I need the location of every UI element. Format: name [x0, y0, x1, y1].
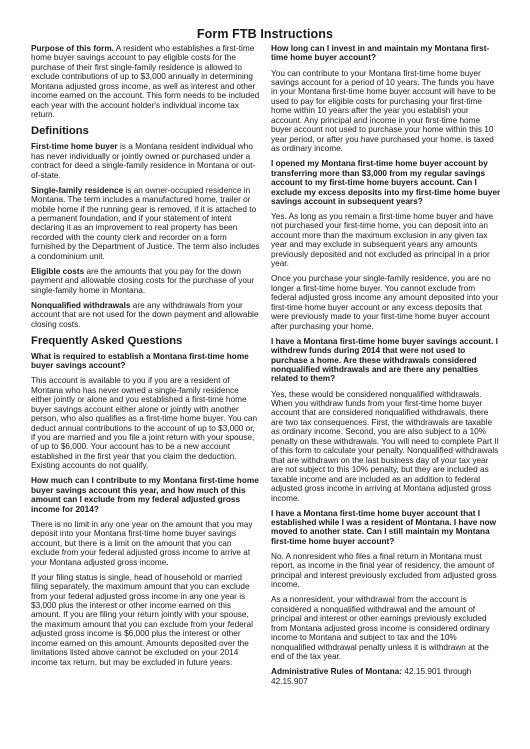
purpose-text: A resident who establishes a first-time … — [31, 44, 259, 119]
definition-eligible-costs: Eligible costs are the amounts that you … — [31, 267, 261, 295]
administrative-rules: Administrative Rules of Montana: 42.15.9… — [271, 667, 501, 686]
page-title: Form FTB Instructions — [0, 27, 530, 41]
right-column: How long can I invest in and maintain my… — [271, 44, 501, 692]
definition-text: is an owner-occupied residence in Montan… — [31, 186, 260, 261]
faq-question: What is required to establish a Montana … — [31, 352, 261, 371]
definitions-heading: Definitions — [31, 125, 261, 138]
faq-question: How much can I contribute to my Montana … — [31, 476, 261, 514]
faq-heading: Frequently Asked Questions — [31, 335, 261, 348]
faq-answer: Yes, these would be considered nonqualif… — [271, 390, 501, 503]
purpose-paragraph: Purpose of this form. A resident who est… — [31, 44, 261, 120]
faq-answer: This account is available to you if you … — [31, 376, 261, 471]
faq-question: How long can I invest in and maintain my… — [271, 44, 501, 63]
faq-question: I have a Montana first-time home buyer s… — [271, 337, 501, 384]
faq-question: I opened my Montana first-time home buye… — [271, 159, 501, 206]
rules-lead: Administrative Rules of Montana: — [271, 667, 402, 676]
faq-answer: Once you purchase your single-family res… — [271, 274, 501, 331]
faq-answer: There is no limit in any one year on the… — [31, 520, 261, 567]
faq-answer: If your filing status is single, head of… — [31, 573, 261, 668]
definition-first-time-home-buyer: First-time home buyer is a Montana resid… — [31, 142, 261, 180]
definition-term: Eligible costs — [31, 267, 84, 276]
definition-term: Nonqualified withdrawals — [31, 301, 130, 310]
faq-answer: As a nonresident, your withdrawal from t… — [271, 595, 501, 661]
definition-term: First-time home buyer — [31, 142, 118, 151]
left-column: Purpose of this form. A resident who est… — [31, 44, 261, 673]
definition-nonqualified-withdrawals: Nonqualified withdrawals are any withdra… — [31, 301, 261, 329]
faq-question: I have a Montana first-time home buyer a… — [271, 509, 501, 547]
definition-term: Single-family residence — [31, 186, 123, 195]
faq-answer: You can contribute to your Montana first… — [271, 69, 501, 154]
faq-answer: No. A nonresident who files a final retu… — [271, 552, 501, 590]
definition-single-family-residence: Single-family residence is an owner-occu… — [31, 186, 261, 262]
purpose-lead: Purpose of this form. — [31, 44, 114, 53]
faq-answer: Yes. As long as you remain a first-time … — [271, 212, 501, 269]
